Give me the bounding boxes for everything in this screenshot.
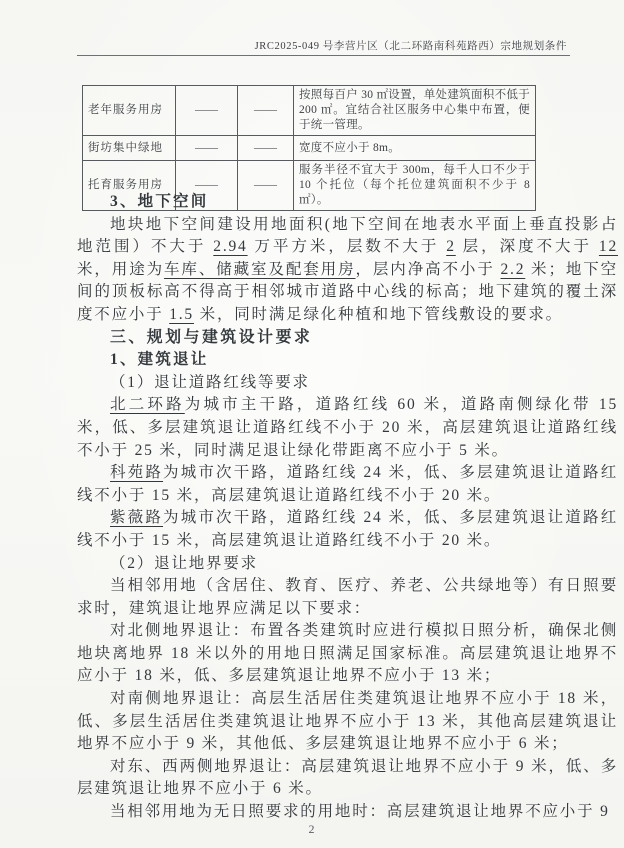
underlined-text: 12 — [599, 238, 618, 255]
text-run: ，层内净高不小于 — [355, 261, 500, 278]
text-run: 当相邻用地为无日照要求的用地时：高层建筑退让地界不应小于 9 — [110, 803, 610, 820]
text-run: （1）退让道路红线等要求 — [110, 374, 310, 391]
paragraph: 地块地下空间建设用地面积(地下空间在地表水平面上垂直投影占地范围）不大于 2.9… — [77, 214, 618, 327]
text-run: 3、地下空间 — [110, 193, 208, 210]
paragraph: 当相邻用地（含居住、教育、医疗、养老、公共绿地等）有日照要求时，建筑退让地界应满… — [77, 575, 618, 620]
paragraph: 科苑路为城市次干路，道路红线 24 米，低、多层建筑退让道路红线不小于 15 米… — [77, 462, 618, 507]
underlined-text: 2 — [446, 238, 456, 255]
facility-value-cell: —— — [238, 86, 294, 136]
underlined-text: 1.5 — [169, 306, 194, 323]
paragraph: 3、地下空间 — [77, 191, 618, 214]
paragraph: 对南侧地界退让：高层生活居住类建筑退让地界不应小于 18 米，低、多层生活居住类… — [77, 688, 618, 756]
facility-name-cell: 街坊集中绿地 — [83, 136, 176, 161]
table-row: 老年服务用房 —— —— 按照每百户 30 ㎡设置，单处建筑面积不低于 200 … — [83, 86, 536, 136]
header-rule — [77, 55, 570, 56]
underlined-text: 紫薇路 — [110, 509, 163, 526]
paragraph: 对北侧地界退让：布置各类建筑时应进行模拟日照分析，确保北侧地块离地界 18 米以… — [77, 620, 618, 688]
facility-desc-cell: 宽度不应小于 8m。 — [294, 136, 536, 161]
text-run: 1、建筑退让 — [110, 351, 208, 368]
page-number: 2 — [0, 822, 624, 837]
document-page: JRC2025-049 号李营片区（北二环路南科苑路西）宗地规划条件 老年服务用… — [0, 0, 624, 848]
paragraph: 对东、西两侧地界退让：高层建筑退让地界不应小于 9 米，低、多层建筑退让地界不应… — [77, 756, 618, 801]
paragraph: 北二环路为城市主干路，道路红线 60 米，道路南侧绿化带 15 米，低、多层建筑… — [77, 394, 618, 462]
underlined-text: 车库、储藏室及配套用房 — [164, 261, 355, 278]
paragraph: 三、规划与建筑设计要求 — [77, 327, 618, 350]
text-run: （2）退让地界要求 — [110, 555, 258, 572]
underlined-text: 北二环路 — [110, 396, 185, 413]
facility-name-cell: 老年服务用房 — [83, 86, 176, 136]
facility-value-cell: —— — [176, 86, 238, 136]
text-run: 当相邻用地（含居住、教育、医疗、养老、公共绿地等）有日照要求时，建筑退让地界应满… — [77, 577, 618, 617]
paragraph: （1）退让道路红线等要求 — [77, 372, 618, 395]
text-run: 三、规划与建筑设计要求 — [110, 329, 312, 346]
facility-desc-cell: 按照每百户 30 ㎡设置，单处建筑面积不低于 200 ㎡。宜结合社区服务中心集中… — [294, 86, 536, 136]
paragraph: 当相邻用地为无日照要求的用地时：高层建筑退让地界不应小于 9 — [77, 801, 618, 824]
paragraph: 1、建筑退让 — [77, 349, 618, 372]
text-run: 层，深度不大于 — [456, 238, 599, 255]
text-run: 对南侧地界退让：高层生活居住类建筑退让地界不应小于 18 米，低、多层生活居住类… — [77, 690, 618, 752]
underlined-text: 2.94 — [213, 238, 247, 255]
document-header-title: JRC2025-049 号李营片区（北二环路南科苑路西）宗地规划条件 — [40, 38, 567, 53]
text-run: 米，用途为 — [77, 261, 164, 278]
text-run: 米，同时满足绿化种植和地下管线敷设的要求。 — [194, 306, 563, 323]
facility-value-cell: —— — [176, 136, 238, 161]
document-body: 3、地下空间地块地下空间建设用地面积(地下空间在地表水平面上垂直投影占地范围）不… — [77, 191, 618, 824]
paragraph: （2）退让地界要求 — [77, 553, 618, 576]
underlined-text: 2.2 — [501, 261, 526, 278]
underlined-text: 科苑路 — [110, 464, 163, 481]
text-run: 对东、西两侧地界退让：高层建筑退让地界不应小于 9 米，低、多层建筑退让地界不应… — [77, 758, 618, 798]
table-row: 街坊集中绿地 —— —— 宽度不应小于 8m。 — [83, 136, 536, 161]
paragraph: 紫薇路为城市次干路，道路红线 24 米，低、多层建筑退让道路红线不小于 15 米… — [77, 507, 618, 552]
facility-value-cell: —— — [238, 136, 294, 161]
text-run: 对北侧地界退让：布置各类建筑时应进行模拟日照分析，确保北侧地块离地界 18 米以… — [77, 622, 618, 684]
text-run: 万平方米，层数不大于 — [248, 238, 447, 255]
